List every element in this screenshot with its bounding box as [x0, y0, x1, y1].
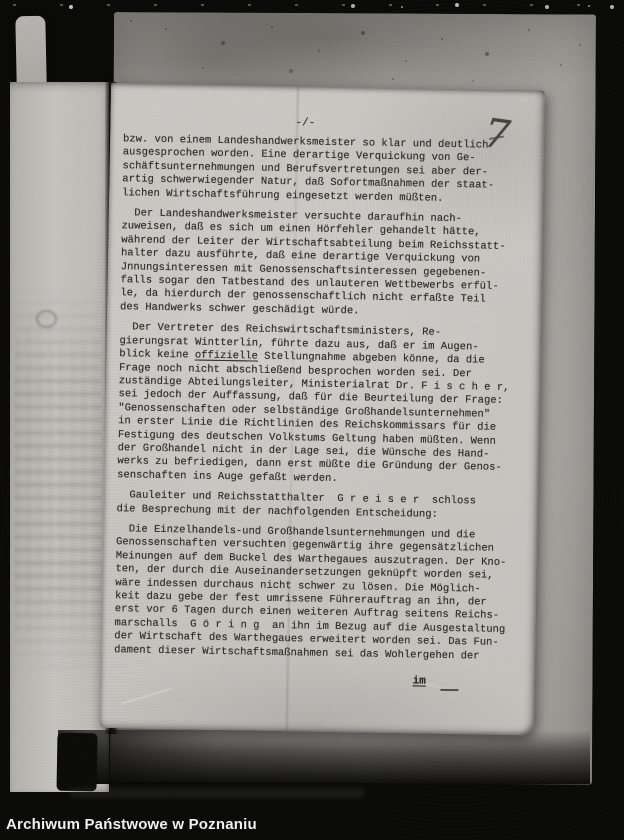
typed-paragraph: Gauleiter und Reichsstatthalter G r e i … [116, 489, 526, 523]
underlined-word: offizielle [195, 350, 258, 363]
catchword: im [412, 675, 425, 687]
typed-paragraph: Die Einzelhandels-und Großhandelsunterne… [114, 523, 526, 664]
backing-speckles [130, 20, 132, 22]
black-notch [56, 733, 97, 792]
page-marker: -/- [270, 117, 340, 130]
scratch-mark [121, 688, 171, 704]
catchword-underline-tail [440, 689, 458, 691]
film-dust-specks [0, 5, 2, 7]
left-page-tab [15, 16, 46, 85]
typed-paragraph: bzw. von einem Landeshandwerksmeister so… [122, 133, 533, 207]
ghost-ring-mark [36, 310, 57, 328]
document-page: -/- 7 bzw. von einem Landeshandwerksmeis… [100, 83, 545, 735]
bleed-through-text [14, 282, 102, 682]
typed-paragraph: Der Vertreter des Reichswirtschaftsminis… [117, 321, 530, 489]
film-scratch-line [0, 4, 624, 6]
left-page-edge-strip [10, 82, 109, 792]
microfilm-scan: -/- 7 bzw. von einem Landeshandwerksmeis… [0, 0, 624, 840]
under-page-shadow [58, 730, 590, 784]
typewritten-text: bzw. von einem Landeshandwerksmeister so… [114, 133, 533, 671]
archive-caption: Archiwum Państwowe w Poznaniu [6, 816, 257, 833]
typed-paragraph: Der Landeshandwerksmeister versuchte dar… [120, 207, 532, 321]
smudge-bar [70, 788, 365, 798]
